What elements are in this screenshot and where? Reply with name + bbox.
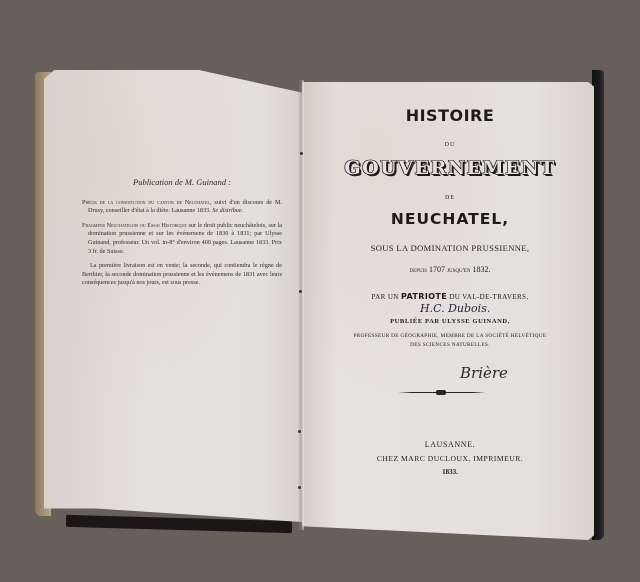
author-line: PAR UN PATRIOTE DU VAL-DE-TRAVERS, xyxy=(318,292,582,301)
title-gouvernement: GOUVERNEMENT xyxy=(318,157,582,179)
dates-prefix: depuis xyxy=(410,267,428,274)
title-histoire: HISTOIRE xyxy=(318,106,582,125)
decorative-rule-ornament xyxy=(436,390,446,395)
entry-note: Se distribue. xyxy=(212,207,243,214)
binding-stitch xyxy=(300,152,303,155)
imprint-printer: CHEZ MARC DUCLOUX, IMPRIMEUR. xyxy=(318,454,582,463)
author-prefix: PAR UN xyxy=(372,293,399,301)
author-patriote: PATRIOTE xyxy=(401,292,447,301)
author-suffix: DU VAL-DE-TRAVERS, xyxy=(449,293,528,301)
owner-signature: Brière xyxy=(460,364,540,382)
title-de: DE xyxy=(318,195,582,201)
notice-entry: Précis de la constitution du canton de N… xyxy=(82,199,282,216)
binding-stitch xyxy=(298,430,301,433)
imprint-city: LAUSANNE. xyxy=(318,440,582,449)
imprint-year: 1833. xyxy=(318,468,582,476)
entry-title: Précis de la constitution du canton de N… xyxy=(82,199,210,206)
editor-line: PUBLIÉE PAR ULYSSE GUINAND, xyxy=(318,318,582,325)
publication-heading: Publication de M. Guinand : xyxy=(82,178,282,187)
publisher-notice: Publication de M. Guinand : Précis de la… xyxy=(82,178,282,294)
title-du: DU xyxy=(318,142,582,148)
notice-paragraph: La première livraison est en vente; la s… xyxy=(82,262,282,288)
title-neuchatel: NEUCHATEL, xyxy=(318,210,582,228)
left-page xyxy=(44,70,302,522)
book-photo: Publication de M. Guinand : Précis de la… xyxy=(0,0,640,582)
dates-mid: jusqu'en xyxy=(447,267,470,274)
notice-entry: Fragmens Neuchatelois ou Essai Historiqu… xyxy=(82,222,282,256)
handwritten-attribution: H.C. Dubois. xyxy=(420,302,540,315)
book-gutter xyxy=(298,80,304,530)
date-to: 1832. xyxy=(472,265,490,274)
binding-stitch xyxy=(298,486,301,489)
editor-credentials-cont: DES SCIENCES NATURELLES. xyxy=(318,342,582,348)
binding-stitch xyxy=(299,290,302,293)
editor-credentials: PROFESSEUR DE GÉOGRAPHIE, MEMBRE DE LA S… xyxy=(318,333,582,339)
subtitle-dates: depuis 1707 jusqu'en 1832. xyxy=(318,265,582,274)
date-from: 1707 xyxy=(429,265,445,274)
subtitle-domination: SOUS LA DOMINATION PRUSSIENNE, xyxy=(318,243,582,253)
entry-title: Fragmens Neuchatelois ou Essai Historiqu… xyxy=(82,222,187,229)
